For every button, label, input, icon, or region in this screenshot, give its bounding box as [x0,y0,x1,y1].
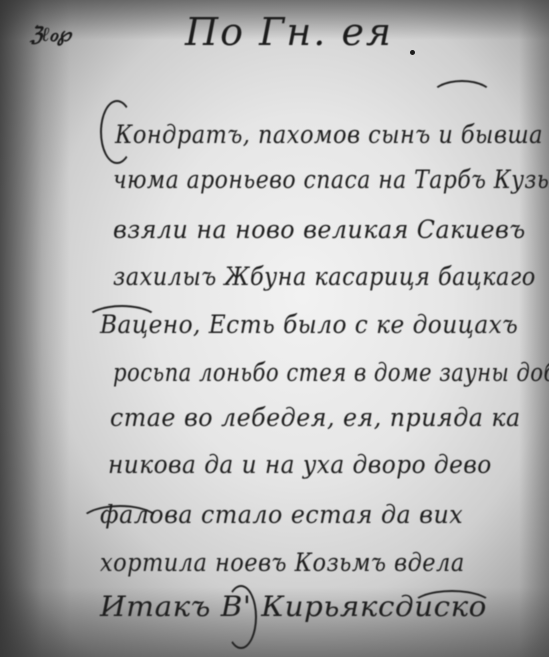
shadow-right [519,0,549,657]
text-line-6: росьпа лоньбо стея в доме зауны доб [113,358,549,387]
text-line-3: взяли на ново великая Сакиевъ [113,215,526,244]
folio-number: ℨℓℴ℘ [30,22,70,47]
text-line-9: фалова стало естая да вих [100,500,463,529]
flourish-top-right [430,80,494,114]
text-line-10: хортила ноевъ Козьмъ вдела [100,548,465,577]
manuscript-page: ℨℓℴ℘ По Гн. ея Кондратъ, пахомов сынъ и … [0,0,549,657]
shadow-left [0,0,70,657]
text-line-5: Вацено, Есть было с ке доицахъ [100,310,518,339]
text-line-8: никова да и на уха дворо дево [108,450,492,479]
text-line-11-signature: Итакъ В' Кирьяксдиско [100,590,487,623]
heading-dot [410,50,415,55]
text-line-1: Кондратъ, пахомов сынъ и бывша [115,120,543,149]
text-line-2: чюма ароньево спаса на Тарбъ Кузьме [113,165,549,194]
text-line-7: стае во лебедея, ея, прияда ка [110,403,521,432]
page-heading: По Гн. ея [185,10,393,54]
text-line-4: захилыъ Жбуна касариця бацкаго [113,262,536,291]
